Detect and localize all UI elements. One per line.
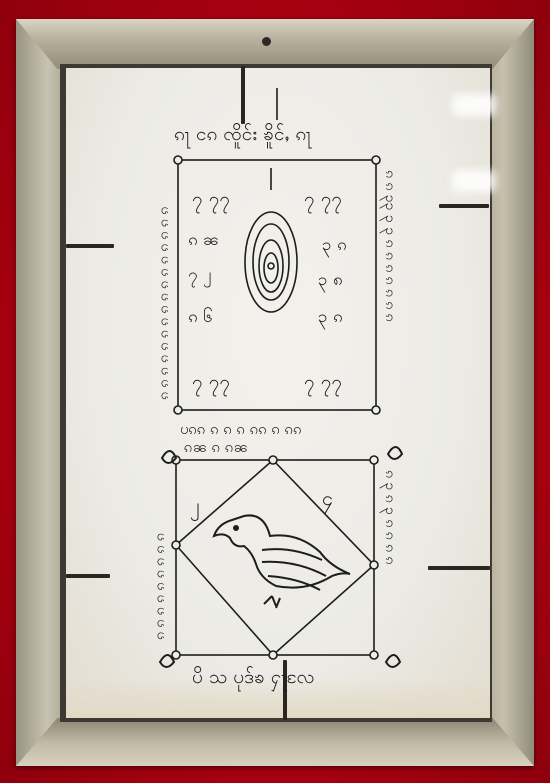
lower-square — [176, 460, 374, 655]
svg-text:ၵၼ ၵ ၵၼ: ၵၼ ၵ ၵၼ — [184, 438, 248, 456]
svg-text:ၵ ၃ ၵ ၃ ၵ ၵ ၵ ၵ: ၵ ၃ ၵ ၃ ၵ ၵ ၵ ၵ — [380, 470, 398, 564]
numerals-top-right: ၇ ၇၇ — [304, 188, 342, 214]
svg-text:ၵ ၆: ၵ ၆ — [188, 306, 213, 327]
svg-text:ၵ ၵ ၵ ၵ ၵ ၵ ၵ ၵ ၵ: ၵ ၵ ၵ ၵ ၵ ၵ ၵ ၵ ၵ — [152, 533, 168, 640]
bottom-inscription: ပိ သ ပုဒ်ၶ ႁႃလႄ — [192, 665, 314, 692]
svg-text:၃ ၵ: ၃ ၵ — [318, 307, 343, 330]
numerals-bottom-right: ၇ ၇၇ — [304, 371, 342, 397]
numeral-right: ၄ — [322, 486, 333, 514]
svg-text:ပၵၵ ၵ ၵ ၵ ၵၵ ၵ ၵၵ: ပၵၵ ၵ ၵ ၵ ၵၵ ၵ ၵၵ — [180, 420, 302, 438]
numerals-top-left: ၇ ၇၇ — [192, 188, 230, 214]
numerals-bottom-left: ၇ ၇၇ — [192, 371, 230, 397]
svg-text:ၵ ၵ ၃၃ ၃ ၃ ၵ ၵ ၵ ၵ ၵ ၵ ၵ: ၵ ၵ ၃၃ ၃ ၃ ၵ ၵ ၵ ၵ ၵ ၵ ၵ — [380, 170, 398, 322]
svg-text:၃ ၵ: ၃ ၵ — [322, 235, 347, 258]
svg-text:ၵ ၵ ၵ ၵ ၵ ၵ ၵ ၵ ၵ ၵ ၵ ၵ ၵ ၵ ၵ: ၵ ၵ ၵ ၵ ၵ ၵ ၵ ၵ ၵ ၵ ၵ ၵ ၵ ၵ ၵ ၵ — [156, 207, 172, 400]
top-inscription: ၵႃ ငၵ ၸိူင်း ၶိူင်ႇ ၵႃ — [174, 122, 313, 149]
svg-text:ၵ ၼ: ၵ ၼ — [188, 230, 219, 250]
bird-figure — [214, 515, 350, 608]
numeral-left: ၂ — [190, 493, 200, 521]
svg-text:၇ ၂: ၇ ၂ — [188, 265, 211, 288]
diamond — [176, 460, 374, 655]
yantra-drawing: ၵႃ ငၵ ၸိူင်း ၶိူင်ႇ ၵႃ ၇ ၇၇ ၇ ၇၇ ၇ ၇၇ ၇ … — [0, 0, 550, 783]
svg-text:၃ ၈: ၃ ၈ — [318, 270, 343, 293]
